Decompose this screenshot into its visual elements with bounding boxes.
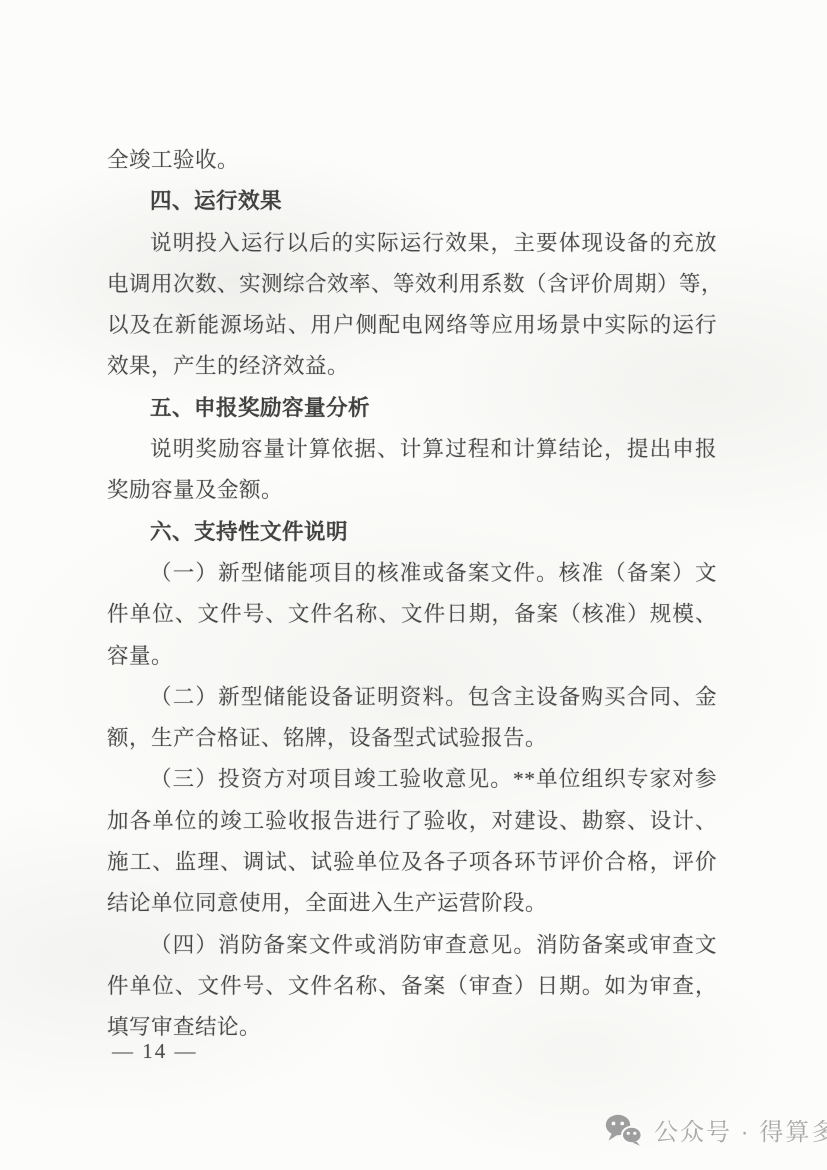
text-line: 加各单位的竣工验收报告进行了验收，对建设、勘察、设计、	[107, 801, 717, 842]
text-line: 填写审查结论。	[107, 1007, 717, 1048]
text-block: 全竣工验收。四、运行效果说明投入运行以后的实际运行效果，主要体现设备的充放电调用…	[107, 140, 717, 1049]
text-line: （二）新型储能设备证明资料。包含主设备购买合同、金	[107, 677, 717, 718]
section-heading: 四、运行效果	[107, 181, 717, 222]
text-line: 说明奖励容量计算依据、计算过程和计算结论，提出申报	[107, 429, 717, 470]
section-heading: 五、申报奖励容量分析	[107, 388, 717, 429]
text-line: 全竣工验收。	[107, 140, 717, 181]
text-line: 奖励容量及金额。	[107, 470, 717, 511]
text-line: 件单位、文件号、文件名称、备案（审查）日期。如为审查，	[107, 966, 717, 1007]
text-line: 效果，产生的经济效益。	[107, 346, 717, 387]
text-line: 施工、监理、调试、试验单位及各子项各环节评价合格，评价	[107, 842, 717, 883]
text-line: 容量。	[107, 636, 717, 677]
text-line: （四）消防备案文件或消防审查意见。消防备案或审查文	[107, 925, 717, 966]
text-line: 结论单位同意使用，全面进入生产运营阶段。	[107, 883, 717, 924]
text-line: 以及在新能源场站、用户侧配电网络等应用场景中实际的运行	[107, 305, 717, 346]
text-line: 额，生产合格证、铭牌，设备型式试验报告。	[107, 718, 717, 759]
text-line: 说明投入运行以后的实际运行效果，主要体现设备的充放	[107, 223, 717, 264]
text-line: （三）投资方对项目竣工验收意见。**单位组织专家对参	[107, 759, 717, 800]
watermark-label: 公众号 · 得算多	[654, 1112, 827, 1147]
watermark: 公众号 · 得算多	[603, 1112, 827, 1147]
text-line: 电调用次数、实测综合效率、等效利用系数（含评价周期）等，	[107, 264, 717, 305]
page-number: — 14 —	[112, 1036, 198, 1066]
text-line: 件单位、文件号、文件名称、文件日期，备案（核准）规模、	[107, 594, 717, 635]
wechat-icon	[603, 1113, 643, 1146]
text-line: （一）新型储能项目的核准或备案文件。核准（备案）文	[107, 553, 717, 594]
document-page: 全竣工验收。四、运行效果说明投入运行以后的实际运行效果，主要体现设备的充放电调用…	[0, 0, 827, 1170]
section-heading: 六、支持性文件说明	[107, 512, 717, 553]
